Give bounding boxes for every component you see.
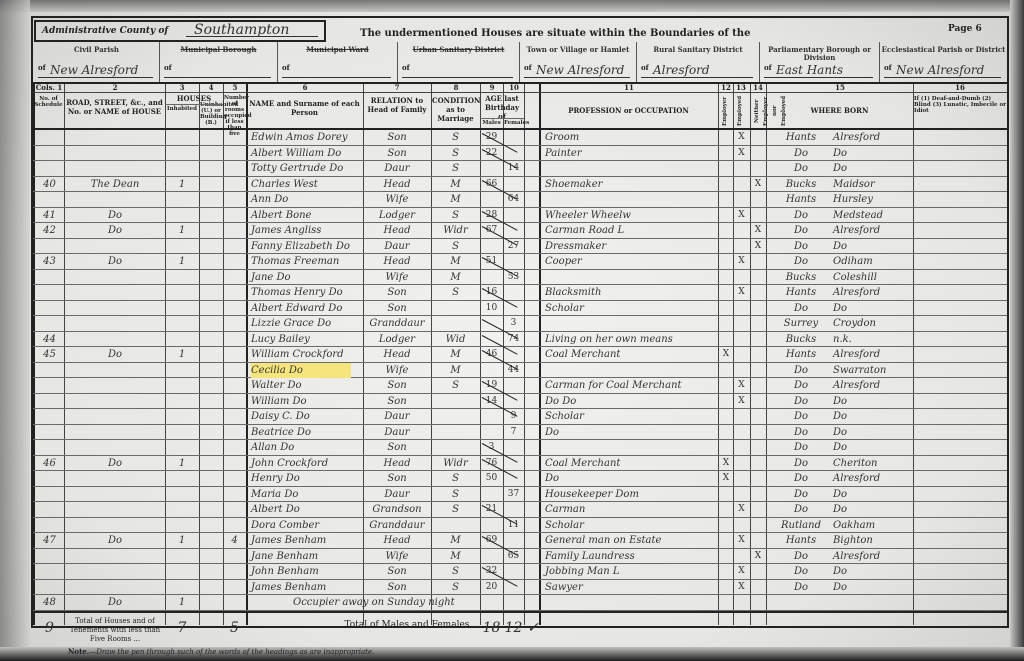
table-row: 44Lucy BaileyLodgerWid74Living on her ow… xyxy=(33,332,1007,348)
cell-employer xyxy=(719,239,733,254)
cell-relation: Lodger xyxy=(364,332,430,347)
cell-inhabited: 1 xyxy=(166,177,198,192)
cell-condition: S xyxy=(432,146,479,161)
cell-condition xyxy=(432,425,479,440)
cell-condition: M xyxy=(432,177,479,192)
cell-name: Thomas Freeman xyxy=(251,254,361,269)
cell-neither: X xyxy=(751,239,765,254)
cell-relation: Son xyxy=(364,146,430,161)
cell-neither xyxy=(751,533,765,548)
cell-road: The Dean xyxy=(67,177,163,192)
cell-rooms xyxy=(224,192,245,207)
cell-employed: X xyxy=(734,378,749,393)
cell-schedule xyxy=(35,471,64,486)
cell-neither xyxy=(751,208,765,223)
cell-female-age xyxy=(504,254,523,269)
cell-neither xyxy=(751,518,765,533)
column-header-males: Males xyxy=(481,120,502,126)
table-row: Fanny Elizabeth DoDaurS27DressmakerXDoDo xyxy=(33,239,1007,255)
column-header-condition: CONDITION as to Marriage xyxy=(432,96,479,123)
cell-employed: X xyxy=(734,564,749,579)
district-7: Parliamentary Borough or DivisionofEast … xyxy=(760,42,880,82)
cell-rooms xyxy=(224,239,245,254)
cell-inhabited xyxy=(166,316,198,331)
table-row: 43Do1Thomas FreemanHeadM51CooperXDoOdiha… xyxy=(33,254,1007,270)
cell-employer xyxy=(719,518,733,533)
cell-rooms xyxy=(224,146,245,161)
cell-employed xyxy=(734,518,749,533)
cell-condition: M xyxy=(432,363,479,378)
footnote-prefix: Note. xyxy=(68,647,89,656)
district-5: Town or Village or HamletofNew Alresford xyxy=(520,42,637,82)
cell-rooms xyxy=(224,130,245,145)
district-value-line: of xyxy=(164,63,271,78)
cell-occupation: Do xyxy=(545,425,715,440)
cell-inhabited: 1 xyxy=(166,223,198,238)
cell-born-place xyxy=(833,595,911,610)
cell-neither xyxy=(751,487,765,502)
cell-occupation: Jobbing Man L xyxy=(545,564,715,579)
table-row: Dora ComberGranddaur11ScholarRutlandOakh… xyxy=(33,518,1007,534)
cell-neither xyxy=(751,285,765,300)
cell-road xyxy=(67,285,163,300)
cell-schedule: 46 xyxy=(35,456,64,471)
cell-neither xyxy=(751,192,765,207)
cell-male-age: 20 xyxy=(481,580,502,595)
cell-employed: X xyxy=(734,502,749,517)
cell-name: James Benham xyxy=(251,580,361,595)
cell-schedule: 44 xyxy=(35,332,64,347)
cell-condition: M xyxy=(432,192,479,207)
cell-name: James Angliss xyxy=(251,223,361,238)
cell-road xyxy=(67,502,163,517)
cell-occupation: Family Laundress xyxy=(545,549,715,564)
cell-condition xyxy=(432,316,479,331)
district-prefix: of xyxy=(164,63,172,72)
cell-neither xyxy=(751,130,765,145)
scan-edge-left xyxy=(0,0,30,661)
cell-employer xyxy=(719,440,733,455)
cell-condition: S xyxy=(432,208,479,223)
cell-inhabited xyxy=(166,471,198,486)
cell-born-county: Hants xyxy=(771,285,831,300)
district-label: Civil Parish xyxy=(34,42,159,54)
cell-neither xyxy=(751,425,765,440)
total-rooms: 5 xyxy=(224,621,245,636)
cell-employer xyxy=(719,409,733,424)
cell-born-county: Do xyxy=(771,425,831,440)
cell-born-place: Coleshill xyxy=(833,270,911,285)
totals-rule xyxy=(33,611,1007,613)
cell-relation: Son xyxy=(364,285,430,300)
cell-relation: Granddaur xyxy=(364,518,430,533)
cell-born-county: Do xyxy=(771,440,831,455)
table-row: Daisy C. DoDaur9ScholarDoDo xyxy=(33,409,1007,425)
cell-road: Do xyxy=(67,254,163,269)
cell-occupation: General man on Estate xyxy=(545,533,715,548)
cell-condition: M xyxy=(432,347,479,362)
district-3: Municipal Wardof xyxy=(278,42,398,82)
district-4: Urban Sanitary Districtof xyxy=(398,42,520,82)
cell-inhabited xyxy=(166,564,198,579)
cell-employer xyxy=(719,549,733,564)
cell-road: Do xyxy=(67,456,163,471)
cell-female-age xyxy=(504,208,523,223)
cell-schedule xyxy=(35,518,64,533)
cell-condition: S xyxy=(432,564,479,579)
cell-occupation: Scholar xyxy=(545,518,715,533)
cell-occupation xyxy=(545,363,715,378)
cell-male-age xyxy=(481,161,502,176)
cell-employed: X xyxy=(734,130,749,145)
cell-relation: Wife xyxy=(364,363,430,378)
cell-name: Henry Do xyxy=(251,471,361,486)
cell-schedule xyxy=(35,316,64,331)
cell-male-age xyxy=(481,192,502,207)
cell-born-place: Do xyxy=(833,502,911,517)
cell-employer xyxy=(719,270,733,285)
cell-neither xyxy=(751,394,765,409)
cell-born-county: Hants xyxy=(771,130,831,145)
table-row: Maria DoDaurS37Housekeeper DomDoDo xyxy=(33,487,1007,503)
cell-relation: Head xyxy=(364,347,430,362)
cell-neither xyxy=(751,161,765,176)
cell-neither: X xyxy=(751,549,765,564)
cell-employed xyxy=(734,177,749,192)
header-subrule xyxy=(165,104,223,105)
cell-female-age: 3 xyxy=(504,316,523,331)
cell-male-age: 50 xyxy=(481,471,502,486)
cell-occupation: Do xyxy=(545,471,715,486)
cell-inhabited xyxy=(166,394,198,409)
cell-employer xyxy=(719,502,733,517)
table-row: Jane BenhamWifeM65Family LaundressXDoAlr… xyxy=(33,549,1007,565)
cell-road: Do xyxy=(67,347,163,362)
district-value: New Alresford xyxy=(896,63,984,77)
cell-male-age xyxy=(481,425,502,440)
cell-name: James Benham xyxy=(251,533,361,548)
cell-occupation xyxy=(545,192,715,207)
cell-condition xyxy=(432,440,479,455)
table-row: 42Do1James AnglissHeadWidr67Carman Road … xyxy=(33,223,1007,239)
cell-employed xyxy=(734,161,749,176)
cell-occupation: Carman for Coal Merchant xyxy=(545,378,715,393)
cell-employer: X xyxy=(719,456,733,471)
cell-born-place: Alresford xyxy=(833,471,911,486)
cell-employed xyxy=(734,549,749,564)
cell-relation: Son xyxy=(364,580,430,595)
district-prefix: of xyxy=(641,63,649,72)
cell-male-age xyxy=(481,595,502,610)
cell-name: Daisy C. Do xyxy=(251,409,361,424)
cell-employer xyxy=(719,363,733,378)
cell-born-county: Bucks xyxy=(771,270,831,285)
cell-employed xyxy=(734,347,749,362)
cell-condition: M xyxy=(432,549,479,564)
column-number: 15 xyxy=(820,83,860,92)
cell-neither xyxy=(751,254,765,269)
cell-neither xyxy=(751,564,765,579)
cell-rooms xyxy=(224,456,245,471)
cell-road xyxy=(67,239,163,254)
cell-employed xyxy=(734,487,749,502)
cell-inhabited xyxy=(166,440,198,455)
cell-schedule: 48 xyxy=(35,595,64,610)
cell-employer xyxy=(719,161,733,176)
cell-condition: M xyxy=(432,270,479,285)
column-header-employer: Employer xyxy=(721,96,732,126)
cell-employed xyxy=(734,595,749,610)
cell-condition xyxy=(432,518,479,533)
district-prefix: of xyxy=(402,63,410,72)
cell-born-place: Alresford xyxy=(833,347,911,362)
cell-relation: Grandson xyxy=(364,502,430,517)
footnote: Note.—Draw the pen through such of the w… xyxy=(68,647,374,656)
cell-inhabited xyxy=(166,363,198,378)
cell-rooms xyxy=(224,409,245,424)
cell-schedule xyxy=(35,549,64,564)
cell-born-county xyxy=(771,595,831,610)
cell-employed xyxy=(734,409,749,424)
cell-schedule xyxy=(35,378,64,393)
cell-schedule xyxy=(35,363,64,378)
cell-relation: Son xyxy=(364,394,430,409)
cell-name: Walter Do xyxy=(251,378,361,393)
district-value-line: ofNew Alresford xyxy=(884,63,1001,78)
cell-relation: Daur xyxy=(364,161,430,176)
cell-name: Jane Do xyxy=(251,270,361,285)
cell-occupation: Coal Merchant xyxy=(545,456,715,471)
cell-employer xyxy=(719,394,733,409)
cell-male-age xyxy=(481,409,502,424)
cell-schedule: 45 xyxy=(35,347,64,362)
cell-condition xyxy=(432,409,479,424)
cell-relation: Son xyxy=(364,471,430,486)
cell-rooms xyxy=(224,378,245,393)
district-label: Urban Sanitary District xyxy=(398,42,519,54)
cell-occupation xyxy=(545,595,715,610)
cell-employed: X xyxy=(734,394,749,409)
column-rule xyxy=(1007,82,1009,625)
cell-rooms xyxy=(224,285,245,300)
scan-edge-top xyxy=(0,0,1024,12)
cell-employed xyxy=(734,223,749,238)
cell-rooms: 4 xyxy=(224,533,245,548)
cell-occupation: Sawyer xyxy=(545,580,715,595)
cell-rooms xyxy=(224,254,245,269)
cell-born-place: Medstead xyxy=(833,208,911,223)
column-header-relation: RELATION to Head of Family xyxy=(364,96,430,114)
cell-employed xyxy=(734,192,749,207)
column-number: 10 xyxy=(494,83,534,92)
cell-born-place: Cheriton xyxy=(833,456,911,471)
cell-neither xyxy=(751,595,765,610)
district-prefix: of xyxy=(884,63,892,72)
cell-name: Lizzie Grace Do xyxy=(251,316,361,331)
cell-born-place: n.k. xyxy=(833,332,911,347)
cell-born-county: Do xyxy=(771,239,831,254)
cell-neither xyxy=(751,409,765,424)
cell-rooms xyxy=(224,223,245,238)
cell-occupation: Carman xyxy=(545,502,715,517)
cell-employer xyxy=(719,192,733,207)
cell-name: Ann Do xyxy=(251,192,361,207)
cell-occupation xyxy=(545,270,715,285)
cell-neither xyxy=(751,502,765,517)
total-inhabited: 7 xyxy=(166,621,198,636)
cell-condition: M xyxy=(432,254,479,269)
district-value-line: of xyxy=(282,63,391,78)
cell-inhabited xyxy=(166,580,198,595)
cell-schedule: 40 xyxy=(35,177,64,192)
column-header-infirmity: If (1) Deaf-and-Dumb (2) Blind (3) Lunat… xyxy=(914,96,1006,114)
cell-rooms xyxy=(224,487,245,502)
cell-schedule xyxy=(35,192,64,207)
cell-employer xyxy=(719,223,733,238)
cell-schedule: 47 xyxy=(35,533,64,548)
column-header-uninhabited: Uninhabited (U.) or Building (B.) xyxy=(200,102,222,126)
cell-female-age xyxy=(504,130,523,145)
district-label: Ecclesiastical Parish or District xyxy=(880,42,1007,54)
cell-inhabited xyxy=(166,270,198,285)
page-number: Page 6 xyxy=(948,24,982,34)
district-8: Ecclesiastical Parish or DistrictofNew A… xyxy=(880,42,1007,82)
cell-road xyxy=(67,440,163,455)
cell-inhabited xyxy=(166,130,198,145)
cell-name: Lucy Bailey xyxy=(251,332,361,347)
cell-employer xyxy=(719,487,733,502)
cell-road xyxy=(67,301,163,316)
cell-born-place: Do xyxy=(833,146,911,161)
cell-born-county: Do xyxy=(771,363,831,378)
cell-condition: S xyxy=(432,378,479,393)
table-row: James BenhamSonS20SawyerXDoDo xyxy=(33,580,1007,596)
cell-born-county: Hants xyxy=(771,533,831,548)
cell-relation: Daur xyxy=(364,487,430,502)
cell-rooms xyxy=(224,208,245,223)
district-value-line: of xyxy=(402,63,513,78)
cell-born-place: Do xyxy=(833,564,911,579)
cell-rooms xyxy=(224,518,245,533)
cell-born-county: Do xyxy=(771,471,831,486)
table-row: Allan DoSon3DoDo xyxy=(33,440,1007,456)
cell-rooms xyxy=(224,549,245,564)
district-value-line: ofNew Alresford xyxy=(38,63,153,78)
cell-born-county: Hants xyxy=(771,347,831,362)
cell-rooms xyxy=(224,440,245,455)
cell-employer xyxy=(719,378,733,393)
cell-female-age xyxy=(504,502,523,517)
cell-neither xyxy=(751,332,765,347)
cell-employer xyxy=(719,580,733,595)
cell-road xyxy=(67,549,163,564)
cell-condition: M xyxy=(432,533,479,548)
cell-condition: S xyxy=(432,285,479,300)
table-row: 48Do1Occupier away on Sunday night xyxy=(33,595,1007,611)
cell-name: Maria Do xyxy=(251,487,361,502)
cell-condition xyxy=(432,394,479,409)
cell-employed: X xyxy=(734,533,749,548)
cell-schedule xyxy=(35,409,64,424)
cell-inhabited: 1 xyxy=(166,456,198,471)
cell-occupation: Blacksmith xyxy=(545,285,715,300)
total-males: 18 xyxy=(481,621,502,636)
cell-female-age xyxy=(504,595,523,610)
cell-inhabited: 1 xyxy=(166,254,198,269)
cell-name: John Crockford xyxy=(251,456,361,471)
district-value-line: ofAlresford xyxy=(641,63,753,78)
cell-occupation: Housekeeper Dom xyxy=(545,487,715,502)
cell-rooms xyxy=(224,301,245,316)
cell-road xyxy=(67,363,163,378)
cell-road xyxy=(67,161,163,176)
cell-born-county: Do xyxy=(771,580,831,595)
cell-name: Albert Do xyxy=(251,502,361,517)
cell-occupation: Cooper xyxy=(545,254,715,269)
cell-born-place: Bighton xyxy=(833,533,911,548)
cell-employer xyxy=(719,595,733,610)
cell-name: William Do xyxy=(251,394,361,409)
cell-born-place: Do xyxy=(833,425,911,440)
cell-born-place: Alresford xyxy=(833,130,911,145)
cell-relation: Daur xyxy=(364,409,430,424)
cell-born-place: Alresford xyxy=(833,549,911,564)
column-number: 14 xyxy=(738,83,778,92)
cell-rooms xyxy=(224,425,245,440)
cell-born-county: Do xyxy=(771,487,831,502)
cell-inhabited xyxy=(166,487,198,502)
district-label: Parliamentary Borough or Division xyxy=(760,42,879,62)
cell-male-age xyxy=(481,518,502,533)
cell-road xyxy=(67,316,163,331)
cell-rooms xyxy=(224,580,245,595)
table-row: Albert DoGrandsonS21CarmanXDoDo xyxy=(33,502,1007,518)
cell-name: Thomas Henry Do xyxy=(251,285,361,300)
cell-relation: Son xyxy=(364,564,430,579)
cell-relation: Wife xyxy=(364,270,430,285)
cell-road xyxy=(67,332,163,347)
district-value: Alresford xyxy=(653,63,710,77)
cell-relation: Daur xyxy=(364,239,430,254)
cell-born-place: Do xyxy=(833,394,911,409)
column-number: 7 xyxy=(377,83,417,92)
cell-employed: X xyxy=(734,580,749,595)
column-header-name: NAME and Surname of each Person xyxy=(247,99,362,117)
table-row: Walter DoSonS19Carman for Coal MerchantX… xyxy=(33,378,1007,394)
census-page: Administrative County of Southampton The… xyxy=(0,0,1024,661)
cell-name: John Benham xyxy=(251,564,361,579)
cell-born-county: Do xyxy=(771,564,831,579)
header-subrule xyxy=(480,118,524,119)
column-header-inhabited: Inhabited xyxy=(166,106,198,112)
cell-employed xyxy=(734,332,749,347)
cell-neither xyxy=(751,440,765,455)
cell-employer xyxy=(719,130,733,145)
cell-born-place: Alresford xyxy=(833,285,911,300)
cell-condition: Widr xyxy=(432,223,479,238)
cell-schedule xyxy=(35,487,64,502)
table-row: Cecilia DoWifeM44DoSwarraton xyxy=(33,363,1007,379)
cell-schedule xyxy=(35,130,64,145)
cell-name: Charles West xyxy=(251,177,361,192)
cell-female-age xyxy=(504,564,523,579)
cell-occupation: Carman Road L xyxy=(545,223,715,238)
cell-rooms xyxy=(224,177,245,192)
cell-neither xyxy=(751,146,765,161)
cell-name: Dora Comber xyxy=(251,518,361,533)
total-check: ✓ xyxy=(527,621,539,636)
cell-road: Do xyxy=(67,595,163,610)
